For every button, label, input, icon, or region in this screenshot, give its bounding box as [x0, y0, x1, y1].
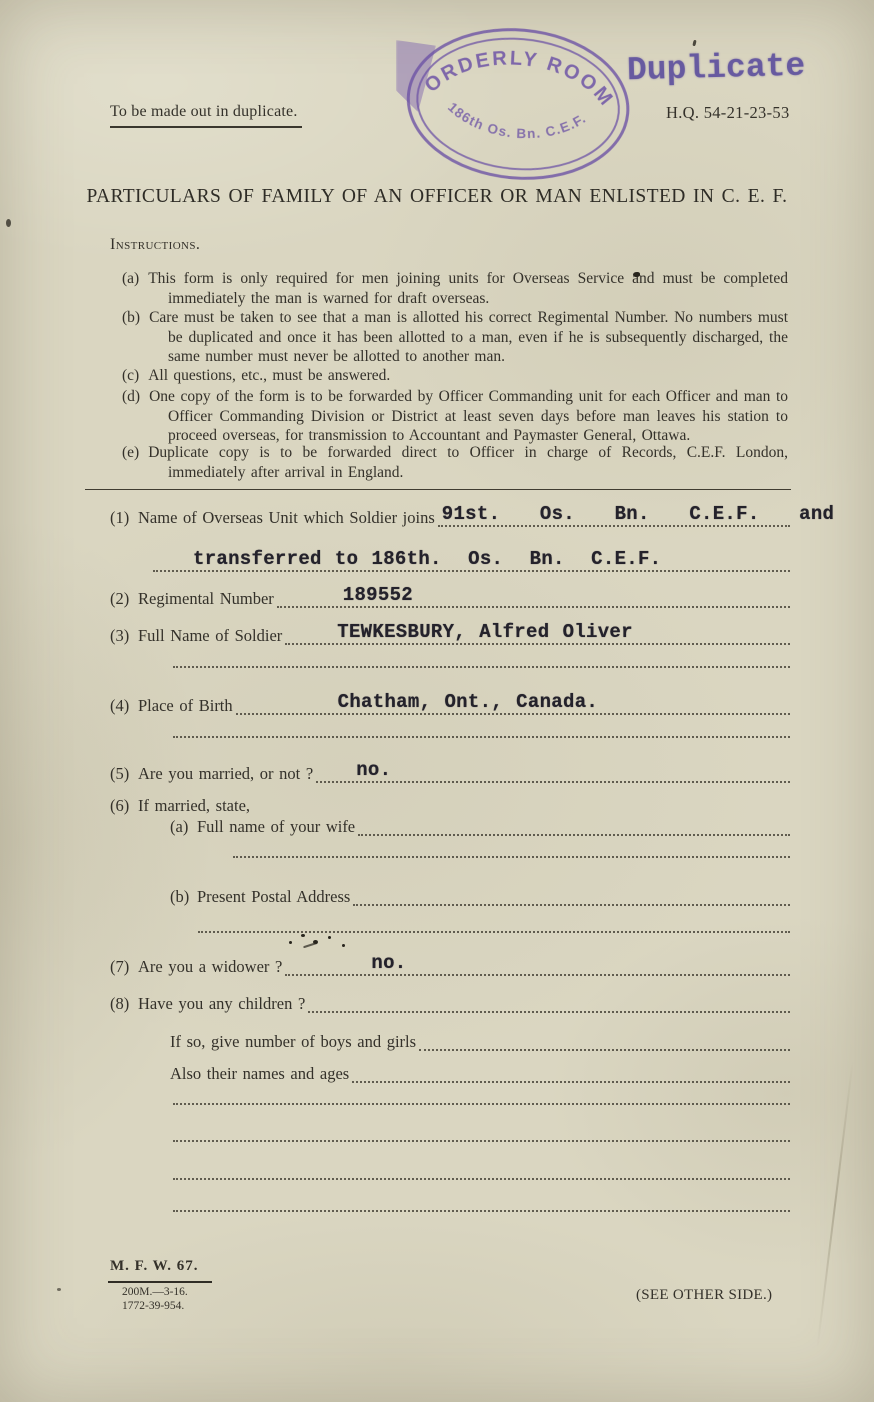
- print-code-line: 1772-39-954.: [122, 1300, 184, 1312]
- blank-line: [170, 1086, 790, 1109]
- dotted-leader: [173, 1103, 790, 1105]
- dotted-leader: [233, 856, 790, 858]
- blank-line: [230, 839, 790, 862]
- question-row-6a: (a) Full name of your wife: [170, 817, 790, 840]
- q3-answer: TEWKESBURY, Alfred Oliver: [337, 621, 633, 643]
- q5-number: (5): [110, 764, 138, 784]
- dotted-leader: [353, 904, 790, 906]
- question-row-8-boys-girls: If so, give number of boys and girls: [170, 1032, 790, 1055]
- stamp-arc-top-text: ORDERLY ROOM: [419, 39, 621, 112]
- q4-text: Place of Birth: [138, 696, 233, 716]
- instruction-label: (d): [122, 388, 140, 405]
- q6a-text: Full name of your wife: [197, 817, 355, 837]
- question-row-7: (7) Are you a widower ? no.: [110, 957, 790, 980]
- q6a-number: (a): [170, 817, 197, 837]
- question-row-4: (4) Place of Birth Chatham, Ont., Canada…: [110, 696, 790, 719]
- question-row-8: (8) Have you any children ?: [110, 994, 790, 1017]
- question-row-6: (6) If married, state,: [110, 796, 790, 819]
- q7-text: Are you a widower ?: [138, 957, 282, 977]
- q4-number: (4): [110, 696, 138, 716]
- dotted-leader: no.: [285, 914, 790, 976]
- orderly-room-stamp-svg: ORDERLY ROOM 186th Os. Bn. C.E.F.: [391, 14, 644, 196]
- q7-answer: no.: [371, 952, 406, 974]
- q5-text: Are you married, or not ?: [138, 764, 313, 784]
- dotted-leader: [173, 1178, 790, 1180]
- dotted-leader: Chatham, Ont., Canada.: [236, 653, 790, 715]
- q4-answer: Chatham, Ont., Canada.: [338, 691, 598, 713]
- print-run-line: 200M.—3-16.: [122, 1286, 188, 1298]
- duplicate-note: To be made out in duplicate.: [110, 103, 302, 128]
- question-row-8-names-ages: Also their names and ages: [170, 1064, 790, 1087]
- blank-line: [170, 1193, 790, 1216]
- ink-speck: [289, 941, 292, 944]
- instruction-text: One copy of the form is to be forwarded …: [149, 388, 788, 444]
- form-code-underline: [108, 1281, 212, 1283]
- question-row-3: (3) Full Name of Soldier TEWKESBURY, Alf…: [110, 626, 790, 649]
- orderly-room-stamp: ORDERLY ROOM 186th Os. Bn. C.E.F.: [391, 14, 644, 196]
- dotted-leader: no.: [316, 721, 790, 783]
- q2-number: (2): [110, 589, 138, 609]
- instruction-item-d: (d)One copy of the form is to be forward…: [122, 387, 788, 446]
- ink-speck: [328, 936, 331, 939]
- dotted-leader: [173, 1210, 790, 1212]
- dotted-leader: [419, 1049, 790, 1051]
- dotted-leader: [352, 1081, 790, 1083]
- instruction-text: All questions, etc., must be answered.: [148, 367, 390, 384]
- q5-answer: no.: [356, 759, 391, 781]
- ink-speck: [6, 219, 11, 227]
- paper-crease: [816, 1061, 853, 1349]
- form-code: M. F. W. 67.: [110, 1258, 199, 1275]
- blank-line: [170, 1123, 790, 1146]
- duplicate-stamp: Duplicate: [627, 48, 806, 90]
- instruction-label: (c): [122, 367, 139, 384]
- q6-text: If married, state,: [138, 796, 250, 816]
- hq-number: H.Q. 54-21-23-53: [666, 103, 790, 123]
- form-page: To be made out in duplicate. H.Q. 54-21-…: [0, 0, 874, 1402]
- ink-speck: [692, 40, 696, 47]
- ink-speck: [57, 1288, 61, 1291]
- dotted-leader: [308, 1011, 790, 1013]
- question-row-6b: (b) Present Postal Address: [170, 887, 790, 910]
- dotted-leader: [173, 1140, 790, 1142]
- ink-speck: [633, 272, 640, 277]
- q6b-text: Present Postal Address: [197, 887, 350, 907]
- q8-sub2-text: Also their names and ages: [170, 1064, 349, 1084]
- q2-text: Regimental Number: [138, 589, 274, 609]
- q3-text: Full Name of Soldier: [138, 626, 282, 646]
- question-row-5: (5) Are you married, or not ? no.: [110, 764, 790, 787]
- q8-number: (8): [110, 994, 138, 1014]
- q3-number: (3): [110, 626, 138, 646]
- dotted-leader: TEWKESBURY, Alfred Oliver: [285, 583, 790, 645]
- q6b-number: (b): [170, 887, 197, 907]
- instruction-label: (b): [122, 309, 140, 326]
- instruction-item-b: (b)Care must be taken to see that a man …: [122, 308, 788, 367]
- q8-text: Have you any children ?: [138, 994, 305, 1014]
- ink-speck: [301, 934, 305, 937]
- instruction-label: (a): [122, 270, 139, 287]
- instruction-text: This form is only required for men joini…: [148, 270, 788, 307]
- stamp-arc-bottom-text: 186th Os. Bn. C.E.F.: [443, 99, 590, 147]
- q7-number: (7): [110, 957, 138, 977]
- instructions-heading: Instructions.: [110, 236, 200, 254]
- form-title: PARTICULARS OF FAMILY OF AN OFFICER OR M…: [0, 186, 874, 208]
- instruction-text: Care must be taken to see that a man is …: [149, 309, 788, 365]
- q1-number: (1): [110, 508, 138, 528]
- q8-sub1-text: If so, give number of boys and girls: [170, 1032, 416, 1052]
- instruction-label: (e): [122, 444, 139, 461]
- dotted-leader: [358, 834, 790, 836]
- ink-speck: [342, 944, 345, 947]
- blank-line: [170, 1161, 790, 1184]
- instruction-item-a: (a)This form is only required for men jo…: [122, 269, 788, 308]
- see-other-side-note: (SEE OTHER SIDE.): [636, 1287, 772, 1304]
- q6-number: (6): [110, 796, 138, 816]
- instruction-item-c: (c)All questions, etc., must be answered…: [122, 366, 788, 386]
